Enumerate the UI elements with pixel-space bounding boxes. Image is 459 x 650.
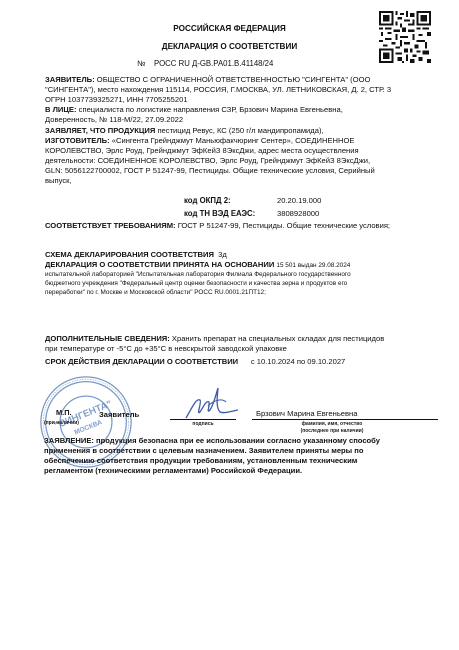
signature-caption: подпись [170,421,236,427]
manufacturer-value: «Сингента Грейнджмут Маньюфакчюринг Сент… [112,136,355,145]
document-title: ДЕКЛАРАЦИЯ О СООТВЕТСТВИИ [0,42,459,51]
basis-line-2: испытательной лабораторией "Испытательна… [45,271,351,279]
okpd-label: код ОКПД 2: [184,196,231,205]
validity-value: с 10.10.2024 по 09.10.2027 [251,357,345,366]
applicant-line-2: "СИНГЕНТА"), место нахождения 115114, РО… [45,85,391,95]
manufacturer-line-2: КОРОЛЕВСТВО, Эрлс Роуд, Грейнджмут ЭфКей… [45,146,359,156]
basis-value: 15 501 выдан 29.08.2024 [276,262,350,269]
applicant-line-1: ЗАЯВИТЕЛЬ: ОБЩЕСТВО С ОГРАНИЧЕННОЙ ОТВЕТ… [45,75,370,85]
okpd-value: 20.20.19.000 [277,196,321,205]
signatory-name: Брзович Марина Евгеньевна [256,409,357,418]
additional-line-2: при температуре от -5°С до +35°С в невск… [45,344,287,354]
qr-code-icon [379,11,431,63]
represented-by-value: специалиста по логистике направления СЗР… [79,105,343,114]
basis-line-1: ДЕКЛАРАЦИЯ О СООТВЕТСТВИИ ПРИНЯТА НА ОСН… [45,260,350,270]
number-label: № [137,59,145,68]
manufacturer-line-1: ИЗГОТОВИТЕЛЬ: «Сингента Грейнджмут Манью… [45,136,354,146]
statement-line-2: применения в соответствии с целевым назн… [44,446,434,456]
name-caption-1: фамилия, имя, отчество [252,421,412,427]
country-title: РОССИЙСКАЯ ФЕДЕРАЦИЯ [0,24,459,33]
seal-label: М.П. [56,408,72,417]
tnved-label: код ТН ВЭД ЕАЭС: [184,209,255,218]
requirements-value: ГОСТ Р 51247-99, Пестициды. Общие технич… [178,221,390,230]
applicant-label: ЗАЯВИТЕЛЬ: [45,75,95,84]
seal-note: (при наличии) [44,420,79,426]
handwritten-signature-icon [182,386,240,422]
manufacturer-line-3: деятельности: СОЕДИНЕННОЕ КОРОЛЕВСТВО, Э… [45,156,370,166]
manufacturer-line-4: GLN: 5056122700002, ГОСТ Р 51247-99, Пес… [45,166,375,176]
additional-value: Хранить препарат на специальных складах … [172,334,384,343]
signature-line [170,419,236,420]
document-number: № РОСС RU Д-GB.РА01.В.41148/24 [137,59,273,68]
statement-line-1: ЗАЯВЛЕНИЕ: продукция безопасна при ее ис… [44,436,434,446]
applicant-line-3: ОГРН 1037739325271, ИНН 7705255201 [45,95,188,105]
requirements-label: СООТВЕТСТВУЕТ ТРЕБОВАНИЯМ: [45,221,176,230]
statement-line-3: обеспечению соответствия продукции требо… [44,456,434,466]
represented-by-label: В ЛИЦЕ: [45,105,77,114]
statement-line-4: регламентом (техническими регламентами) … [44,466,434,476]
product-line: ЗАЯВЛЯЕТ, ЧТО ПРОДУКЦИЯ пестицид Ревус, … [45,126,324,136]
applicant-signature-label: Заявитель [99,410,139,419]
basis-label: ДЕКЛАРАЦИЯ О СООТВЕТСТВИИ ПРИНЯТА НА ОСН… [45,260,274,269]
requirements-line: СООТВЕТСТВУЕТ ТРЕБОВАНИЯМ: ГОСТ Р 51247-… [45,221,390,231]
tnved-value: 3808928000 [277,209,319,218]
scheme-label: СХЕМА ДЕКЛАРИРОВАНИЯ СООТВЕТСТВИЯ [45,250,214,259]
declaration-document: РОССИЙСКАЯ ФЕДЕРАЦИЯ ДЕКЛАРАЦИЯ О СООТВЕ… [0,0,459,650]
product-value: пестицид Ревус, КС (250 г/л мандипропами… [157,126,323,135]
represented-by-line-1: В ЛИЦЕ: специалиста по логистике направл… [45,105,343,115]
product-label: ЗАЯВЛЯЕТ, ЧТО ПРОДУКЦИЯ [45,126,155,135]
basis-line-4: переработки" по г. Москве и Московской о… [45,289,266,297]
number-value: РОСС RU Д-GB.РА01.В.41148/24 [154,59,273,68]
name-line [252,419,438,420]
scheme-value: 3д [218,250,227,259]
manufacturer-line-5: выпуск, [45,176,72,186]
represented-by-line-2: Доверенность, № 118-М/22, 27.09.2022 [45,115,183,125]
validity-label: СРОК ДЕЙСТВИЯ ДЕКЛАРАЦИИ О СООТВЕТСТВИИ [45,357,238,366]
additional-label: ДОПОЛНИТЕЛЬНЫЕ СВЕДЕНИЯ: [45,334,170,343]
additional-line-1: ДОПОЛНИТЕЛЬНЫЕ СВЕДЕНИЯ: Хранить препара… [45,334,384,344]
applicant-value: ОБЩЕСТВО С ОГРАНИЧЕННОЙ ОТВЕТСТВЕННОСТЬЮ… [97,75,371,84]
name-caption-2: (последнее при наличии) [252,428,412,434]
scheme-line: СХЕМА ДЕКЛАРИРОВАНИЯ СООТВЕТСТВИЯ 3д [45,250,227,260]
basis-line-3: бюджетного учреждения "Федеральный центр… [45,280,347,288]
manufacturer-label: ИЗГОТОВИТЕЛЬ: [45,136,110,145]
validity-line: СРОК ДЕЙСТВИЯ ДЕКЛАРАЦИИ О СООТВЕТСТВИИ … [45,357,345,367]
